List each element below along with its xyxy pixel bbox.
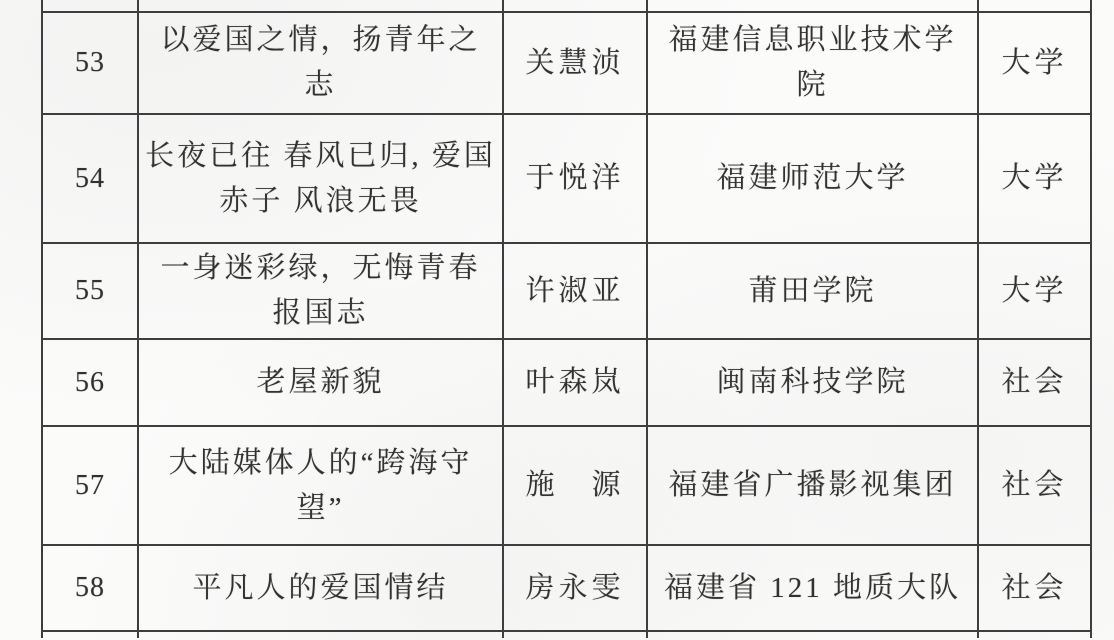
cell-category: 社会 xyxy=(978,426,1091,545)
cell-author: 关慧浈 xyxy=(503,12,647,114)
cell-number: 55 xyxy=(42,243,138,339)
table-row-55: 55 一身迷彩绿，无悔青春报国志 许淑亚 莆田学院 大学 xyxy=(42,243,1091,339)
cell-category: 大学 xyxy=(978,114,1091,243)
table-row-53: 53 以爱国之情，扬青年之志 关慧浈 福建信息职业技术学院 大学 xyxy=(42,12,1091,114)
cell-title: 平凡人的爱国情结 xyxy=(138,545,503,631)
cell-category: 大学 xyxy=(978,12,1091,114)
cell-category: 大学 xyxy=(978,243,1091,339)
cell-title: 长夜已往 春风已归, 爱国赤子 风浪无畏 xyxy=(138,114,503,243)
scanned-document-page: { "colors": { "paper": "#fbfbfa", "borde… xyxy=(0,0,1114,640)
cell-number: 56 xyxy=(42,339,138,426)
cell-author: 房永雯 xyxy=(503,545,647,631)
cell-organization: 福建省广播影视集团 xyxy=(647,426,978,545)
cell-organization: 福建省 121 地质大队 xyxy=(647,545,978,631)
cell-organization: 闽南科技学院 xyxy=(647,339,978,426)
cell-author: 叶森岚 xyxy=(503,339,647,426)
cell-title: 大陆媒体人的“跨海守望” xyxy=(138,426,503,545)
cell-organization: 福建师范大学 xyxy=(647,114,978,243)
cell-empty xyxy=(503,631,647,638)
cell-empty xyxy=(647,0,978,12)
cell-title: 一身迷彩绿，无悔青春报国志 xyxy=(138,243,503,339)
table-row-54: 54 长夜已往 春风已归, 爱国赤子 风浪无畏 于悦洋 福建师范大学 大学 xyxy=(42,114,1091,243)
cell-empty xyxy=(42,631,138,638)
cell-empty xyxy=(503,0,647,12)
cell-empty xyxy=(978,631,1091,638)
table-row-58: 58 平凡人的爱国情结 房永雯 福建省 121 地质大队 社会 xyxy=(42,545,1091,631)
cell-empty xyxy=(647,631,978,638)
cell-author: 许淑亚 xyxy=(503,243,647,339)
entries-table: 53 以爱国之情，扬青年之志 关慧浈 福建信息职业技术学院 大学 54 长夜已往… xyxy=(41,0,1092,638)
cell-empty xyxy=(138,0,503,12)
cell-organization: 福建信息职业技术学院 xyxy=(647,12,978,114)
cell-number: 57 xyxy=(42,426,138,545)
cell-author: 于悦洋 xyxy=(503,114,647,243)
cell-empty xyxy=(42,0,138,12)
cell-category: 社会 xyxy=(978,545,1091,631)
table-row-57: 57 大陆媒体人的“跨海守望” 施 源 福建省广播影视集团 社会 xyxy=(42,426,1091,545)
cell-number: 53 xyxy=(42,12,138,114)
cell-number: 58 xyxy=(42,545,138,631)
table-row-partial-bottom xyxy=(42,631,1091,638)
cell-author: 施 源 xyxy=(503,426,647,545)
cell-category: 社会 xyxy=(978,339,1091,426)
cell-title: 老屋新貌 xyxy=(138,339,503,426)
cell-title: 以爱国之情，扬青年之志 xyxy=(138,12,503,114)
cell-empty xyxy=(138,631,503,638)
table-row-partial-top xyxy=(42,0,1091,12)
table-row-56: 56 老屋新貌 叶森岚 闽南科技学院 社会 xyxy=(42,339,1091,426)
cell-organization: 莆田学院 xyxy=(647,243,978,339)
cell-number: 54 xyxy=(42,114,138,243)
cell-empty xyxy=(978,0,1091,12)
